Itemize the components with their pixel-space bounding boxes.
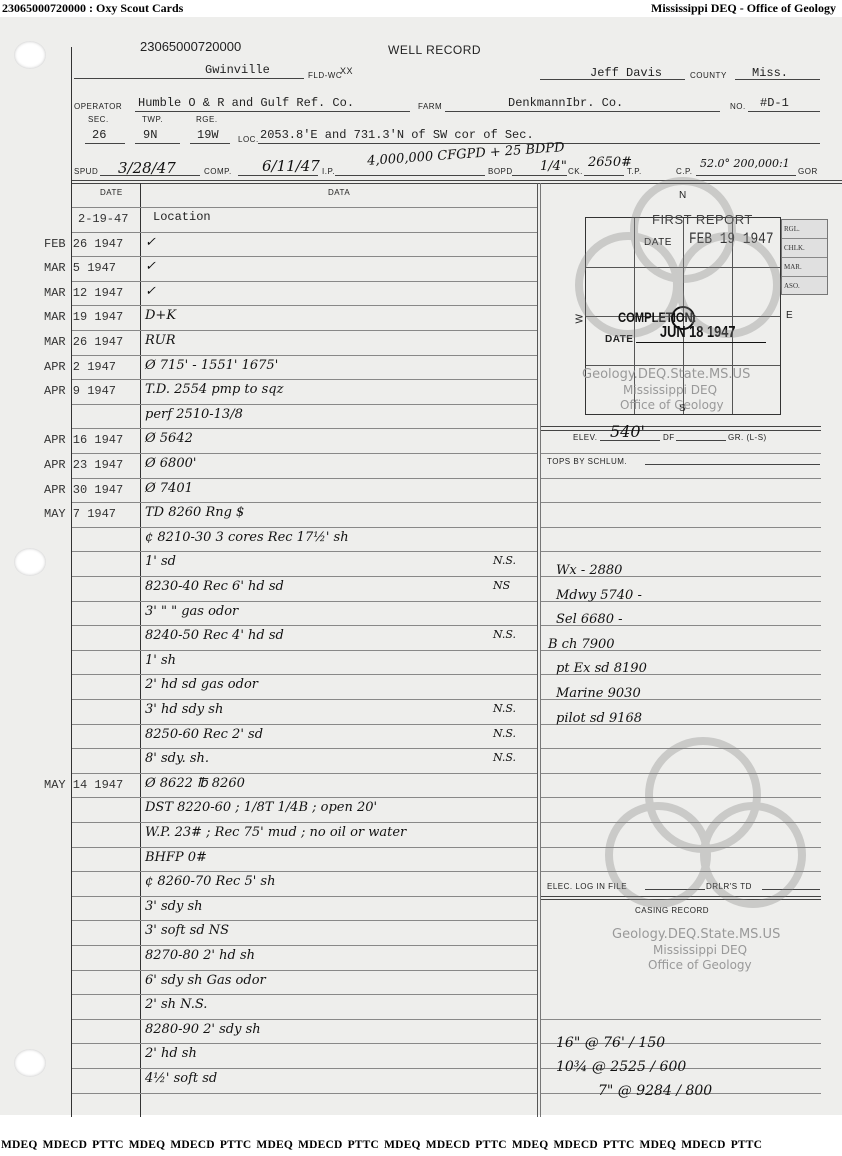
ruled-line <box>541 453 821 454</box>
ruled-line <box>72 232 537 233</box>
ruled-line <box>72 871 537 872</box>
log-date: APR 30 1947 <box>44 483 123 497</box>
log-data: Ø 8622 ℔ 8260 <box>145 776 245 791</box>
ruled-line <box>72 576 537 577</box>
log-date: 2-19-47 <box>78 212 128 226</box>
gr-label: GR. (L-S) <box>728 433 767 442</box>
ip-label: I.P. <box>322 167 335 176</box>
watermark-line3: Office of Geology <box>648 958 752 972</box>
rge-label: RGE. <box>196 115 218 124</box>
log-data: ✓ <box>145 235 156 250</box>
log-data: 3' hd sdy sh <box>145 702 223 717</box>
field-mark: XX <box>340 66 353 76</box>
top-entry: B ch 7900 <box>548 637 615 652</box>
ruled-line <box>541 1019 821 1020</box>
log-data: 8280-90 2' sdy sh <box>145 1022 261 1037</box>
log-date: APR 9 1947 <box>44 384 116 398</box>
ruled-line <box>72 355 537 356</box>
log-show-flag: N.S. <box>493 628 516 641</box>
log-date: APR 2 1947 <box>44 360 116 374</box>
comp-value: 6/11/47 <box>262 157 320 175</box>
farm-label: FARM <box>418 102 442 111</box>
log-data: BHFP 0# <box>145 850 207 865</box>
twp-label: TWP. <box>142 115 163 124</box>
top-entry: Sel 6680 - <box>556 612 623 627</box>
ck-label: CK. <box>568 167 583 176</box>
log-data: 1' sd <box>145 554 176 569</box>
header-bar-right: Mississippi DEQ - Office of Geology <box>651 1 836 16</box>
county-name: Jeff Davis <box>590 66 662 80</box>
top-entry: Wx - 2880 <box>556 563 622 578</box>
log-data: W.P. 23# ; Rec 75' mud ; no oil or water <box>145 825 406 840</box>
no-label: NO. <box>730 102 746 111</box>
log-data: Ø 6800' <box>145 456 196 471</box>
log-data: D+K <box>145 308 176 323</box>
sec-label: SEC. <box>88 115 109 124</box>
ruled-line <box>72 945 537 946</box>
log-data: 8230-40 Rec 6' hd sd <box>145 579 284 594</box>
casing-entry: 10¾ @ 2525 / 600 <box>556 1059 686 1075</box>
log-data: Ø 5642 <box>145 431 193 446</box>
api-number: 23065000720000 <box>140 39 241 54</box>
log-data: RUR <box>145 333 176 348</box>
log-show-flag: NS <box>493 579 510 592</box>
loc-label: LOC. <box>238 135 259 144</box>
ruled-line <box>72 674 537 675</box>
log-data: 1' sh <box>145 653 176 668</box>
ip-note: 4,000,000 CFGPD + 25 BDPD <box>367 140 565 169</box>
date-column-header: DATE <box>100 188 123 197</box>
log-data: DST 8220-60 ; 1/8T 1/4B ; open 20' <box>145 800 377 815</box>
ruled-line <box>72 1043 537 1044</box>
ruled-line <box>541 502 821 503</box>
hole-punch <box>14 41 46 69</box>
ruled-line <box>72 970 537 971</box>
ruled-line <box>72 404 537 405</box>
ruled-line <box>72 625 537 626</box>
ruled-line <box>72 330 537 331</box>
log-data: 2' hd sd gas odor <box>145 677 258 692</box>
log-show-flag: N.S. <box>493 751 516 764</box>
log-data: TD 8260 Rng $ <box>145 505 244 520</box>
log-data: ✓ <box>145 284 156 299</box>
log-data: 6' sdy sh Gas odor <box>145 973 266 988</box>
log-date: FEB 26 1947 <box>44 237 123 251</box>
casing-entry: 16" @ 76' / 150 <box>556 1035 665 1051</box>
top-entry: pt Ex sd 8190 <box>556 661 647 676</box>
ruled-line <box>72 207 537 208</box>
comp-label: COMP. <box>204 167 232 176</box>
log-data: perf 2510-13/8 <box>145 407 243 422</box>
mdeq-logo-watermark <box>575 177 775 357</box>
log-show-flag: N.S. <box>493 702 516 715</box>
ruled-line <box>72 650 537 651</box>
ruled-line <box>72 551 537 552</box>
log-date: MAR 5 1947 <box>44 261 116 275</box>
farm-underline <box>445 111 720 112</box>
county-underline <box>540 79 685 80</box>
operator-label: OPERATOR <box>74 102 122 111</box>
card-title: WELL RECORD <box>388 43 481 57</box>
twp-value: 9N <box>143 128 157 142</box>
log-data: ¢ 8260-70 Rec 5' sh <box>145 874 275 889</box>
log-data: Location <box>153 210 211 224</box>
cp-value: 52.0° 200,000:1 <box>700 157 790 170</box>
log-data: Ø 715' - 1551' 1675' <box>145 358 278 373</box>
log-data: 3' " " gas odor <box>145 604 238 619</box>
operator-underline <box>135 111 410 112</box>
county-label: COUNTY <box>690 71 727 80</box>
tp-label: T.P. <box>627 167 642 176</box>
state-name: Miss. <box>752 66 788 80</box>
ruled-line <box>72 724 537 725</box>
ruled-line <box>72 1068 537 1069</box>
ruled-line <box>72 773 537 774</box>
ruled-line <box>72 896 537 897</box>
ruled-line <box>72 453 537 454</box>
plat-east: E <box>786 310 793 321</box>
gor-label: GOR <box>798 167 818 176</box>
state-underline <box>735 79 820 80</box>
log-data: 8270-80 2' hd sh <box>145 948 255 963</box>
field-underline <box>74 78 304 79</box>
top-entry: Marine 9030 <box>556 686 641 701</box>
casing-entry: 7" @ 9284 / 800 <box>598 1083 712 1099</box>
watermark-line2: Mississippi DEQ <box>653 943 747 957</box>
log-data: 8240-50 Rec 4' hd sd <box>145 628 284 643</box>
log-date: MAR 26 1947 <box>44 335 123 349</box>
tops-label: TOPS BY SCHLUM. <box>547 457 627 466</box>
ruled-line <box>72 1093 537 1094</box>
tp-value: 2650# <box>588 155 632 170</box>
choke-value: 1/4" <box>540 159 567 174</box>
ruled-line <box>72 428 537 429</box>
ruled-line <box>72 305 537 306</box>
top-entry: Mdwy 5740 - <box>556 588 642 603</box>
watermark-line1: Geology.DEQ.State.MS.US <box>612 927 780 942</box>
header-bar: 23065000720000 : Oxy Scout Cards Mississ… <box>0 0 842 17</box>
hole-punch <box>14 1049 46 1077</box>
right-panel-divider <box>537 183 538 1117</box>
rge-value: 19W <box>197 128 219 142</box>
log-data: ¢ 8210-30 3 cores Rec 17½' sh <box>145 530 349 545</box>
log-data: 2' sh N.S. <box>145 997 207 1012</box>
ruled-line <box>72 797 537 798</box>
ruled-line <box>72 502 537 503</box>
footer-bar: MDEQ MDECD PTTC MDEQ MDECD PTTC MDEQ MDE… <box>0 1138 842 1156</box>
header-bar-left: 23065000720000 : Oxy Scout Cards <box>2 1 183 16</box>
ruled-line <box>72 994 537 995</box>
no-underline <box>748 111 820 112</box>
ruled-line <box>72 920 537 921</box>
watermark-line1: Geology.DEQ.State.MS.US <box>582 367 750 382</box>
ruled-line <box>72 527 537 528</box>
log-data: Ø 7401 <box>145 481 193 496</box>
log-date: MAY 7 1947 <box>44 507 116 521</box>
footer-text: MDEQ MDECD PTTC MDEQ MDECD PTTC MDEQ MDE… <box>1 1139 762 1151</box>
ruled-line <box>541 478 821 479</box>
ruled-line <box>72 699 537 700</box>
log-date: MAR 19 1947 <box>44 310 123 324</box>
ruled-line <box>541 527 821 528</box>
ruled-line <box>72 379 537 380</box>
cp-label: C.P. <box>676 167 693 176</box>
farm-value: DenkmannIbr. Co. <box>508 96 623 110</box>
elev-label: ELEV. <box>573 433 597 442</box>
ruled-line <box>72 1019 537 1020</box>
log-data: ✓ <box>145 259 156 274</box>
log-data: 4½' soft sd <box>145 1071 217 1086</box>
watermark-line3: Office of Geology <box>620 398 724 412</box>
operator-value: Humble O & R and Gulf Ref. Co. <box>138 96 354 110</box>
log-data: T.D. 2554 pmp to sqz <box>145 382 283 397</box>
ruled-line <box>72 748 537 749</box>
ruled-line <box>72 601 537 602</box>
mdeq-logo-watermark <box>605 737 805 917</box>
hole-punch <box>14 548 46 576</box>
log-date: APR 16 1947 <box>44 433 123 447</box>
review-stamp: RGL. CHLK. MAR. ASO. <box>781 219 828 295</box>
log-data: 2' hd sh <box>145 1046 197 1061</box>
spud-label: SPUD <box>74 167 98 176</box>
well-number: #D-1 <box>760 96 789 110</box>
ruled-line <box>541 551 821 552</box>
location-value: 2053.8'E and 731.3'N of SW cor of Sec. <box>260 128 534 142</box>
sec-value: 26 <box>92 128 106 142</box>
ruled-line <box>72 478 537 479</box>
bopd-label: BOPD <box>488 167 513 176</box>
elev-value: 540' <box>610 422 645 441</box>
log-data: 8250-60 Rec 2' sd <box>145 727 263 742</box>
data-column-header: DATA <box>328 188 350 197</box>
ruled-line <box>72 822 537 823</box>
log-data: 3' soft sd NS <box>145 923 229 938</box>
df-label: DF <box>663 433 675 442</box>
log-data: 8' sdy. sh. <box>145 751 209 766</box>
log-date: MAR 12 1947 <box>44 286 123 300</box>
log-data: 3' sdy sh <box>145 899 203 914</box>
ruled-line <box>72 256 537 257</box>
watermark-line2: Mississippi DEQ <box>623 383 717 397</box>
log-date: APR 23 1947 <box>44 458 123 472</box>
top-entry: pilot sd 9168 <box>556 711 642 726</box>
log-date: MAY 14 1947 <box>44 778 123 792</box>
log-show-flag: N.S. <box>493 554 516 567</box>
field-name: Gwinville <box>205 63 270 77</box>
ruled-line <box>72 281 537 282</box>
log-show-flag: N.S. <box>493 727 516 740</box>
field-label: FLD-WC <box>308 71 342 80</box>
scout-card: 23065000720000 WELL RECORD Gwinville FLD… <box>0 17 842 1115</box>
ruled-line <box>72 847 537 848</box>
